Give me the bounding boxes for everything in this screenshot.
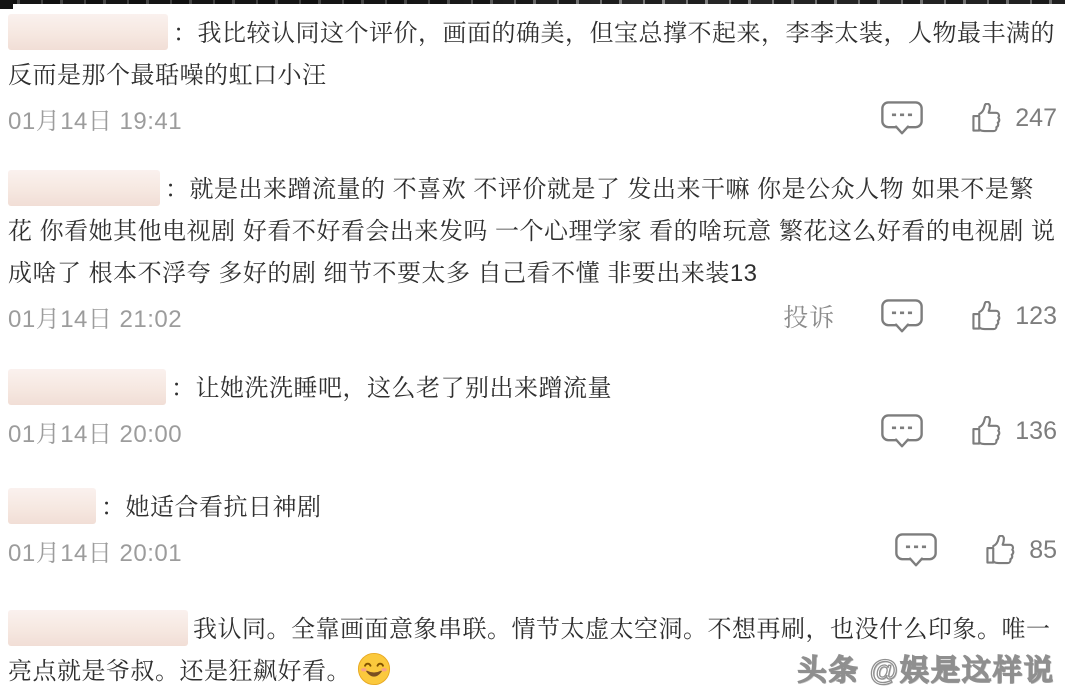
like-button[interactable]: 123 (969, 301, 1057, 332)
comment-item: ：就是出来蹭流量的 不喜欢 不评价就是了 发出来干嘛 你是公众人物 如果不是繁花… (8, 169, 1057, 333)
comment-body: ：就是出来蹭流量的 不喜欢 不评价就是了 发出来干嘛 你是公众人物 如果不是繁花… (8, 169, 1057, 295)
comment-text: ：就是出来蹭流量的 不喜欢 不评价就是了 发出来干嘛 你是公众人物 如果不是繁花… (8, 176, 1056, 287)
comment-bubble-icon (895, 533, 937, 567)
comment-bubble-icon (881, 414, 923, 448)
comment-timestamp: 01月14日 20:01 (8, 533, 182, 568)
like-count: 136 (1015, 417, 1057, 446)
toutiao-watermark: 头条 @娱是这样说 (798, 648, 1055, 689)
comment-item: ：让她洗洗睡吧，这么老了别出来蹭流量 01月14日 20:00 (8, 368, 1057, 448)
comment-timestamp: 01月14日 20:00 (8, 414, 182, 449)
reply-button[interactable] (881, 299, 923, 333)
comment-body: ：她适合看抗日神剧 (8, 487, 1057, 529)
comment-text: ：她适合看抗日神剧 (101, 494, 322, 521)
thumbs-up-icon (969, 103, 1005, 134)
comment-timestamp: 01月14日 21:02 (8, 299, 182, 334)
comment-actions: 247 (881, 101, 1057, 135)
comment-list: ：我比较认同这个评价，画面的确美，但宝总撑不起来，李李太装，人物最丰满的反而是那… (0, 0, 1065, 693)
reply-button[interactable] (895, 533, 937, 567)
comment-actions: 136 (881, 414, 1057, 448)
comment-timestamp: 01月14日 19:41 (8, 101, 182, 136)
comment-body: ：让她洗洗睡吧，这么老了别出来蹭流量 (8, 368, 1057, 410)
comment-meta: 01月14日 19:41 (8, 101, 1057, 135)
username-redacted[interactable] (8, 14, 168, 50)
username-redacted[interactable] (8, 170, 160, 206)
comment-meta: 01月14日 20:00 (8, 414, 1057, 448)
blush-smile-emoji-icon (357, 652, 391, 693)
comment-meta: 01月14日 20:01 (8, 533, 1057, 567)
reply-button[interactable] (881, 414, 923, 448)
comment-text: ：让她洗洗睡吧，这么老了别出来蹭流量 (171, 375, 612, 402)
like-count: 85 (1029, 536, 1057, 565)
comment-bubble-icon (881, 101, 923, 135)
comment-item: ：她适合看抗日神剧 01月14日 20:01 (8, 487, 1057, 567)
username-redacted[interactable] (8, 488, 96, 524)
thumbs-up-icon (983, 535, 1019, 566)
username-redacted[interactable] (8, 610, 188, 646)
comment-meta: 01月14日 21:02 投诉 (8, 299, 1057, 333)
report-button[interactable]: 投诉 (783, 298, 835, 334)
username-redacted[interactable] (8, 369, 166, 405)
reply-button[interactable] (881, 101, 923, 135)
like-button[interactable]: 247 (969, 103, 1057, 134)
like-count: 247 (1015, 104, 1057, 133)
thumbs-up-icon (969, 416, 1005, 447)
thumbs-up-icon (969, 301, 1005, 332)
comment-body: ：我比较认同这个评价，画面的确美，但宝总撑不起来，李李太装，人物最丰满的反而是那… (8, 13, 1057, 97)
comment-actions: 投诉 (783, 298, 1057, 334)
like-button[interactable]: 136 (969, 416, 1057, 447)
like-count: 123 (1015, 302, 1057, 331)
comment-item: ：我比较认同这个评价，画面的确美，但宝总撑不起来，李李太装，人物最丰满的反而是那… (8, 0, 1057, 135)
comment-bubble-icon (881, 299, 923, 333)
comment-actions: 85 (895, 533, 1057, 567)
like-button[interactable]: 85 (983, 535, 1057, 566)
